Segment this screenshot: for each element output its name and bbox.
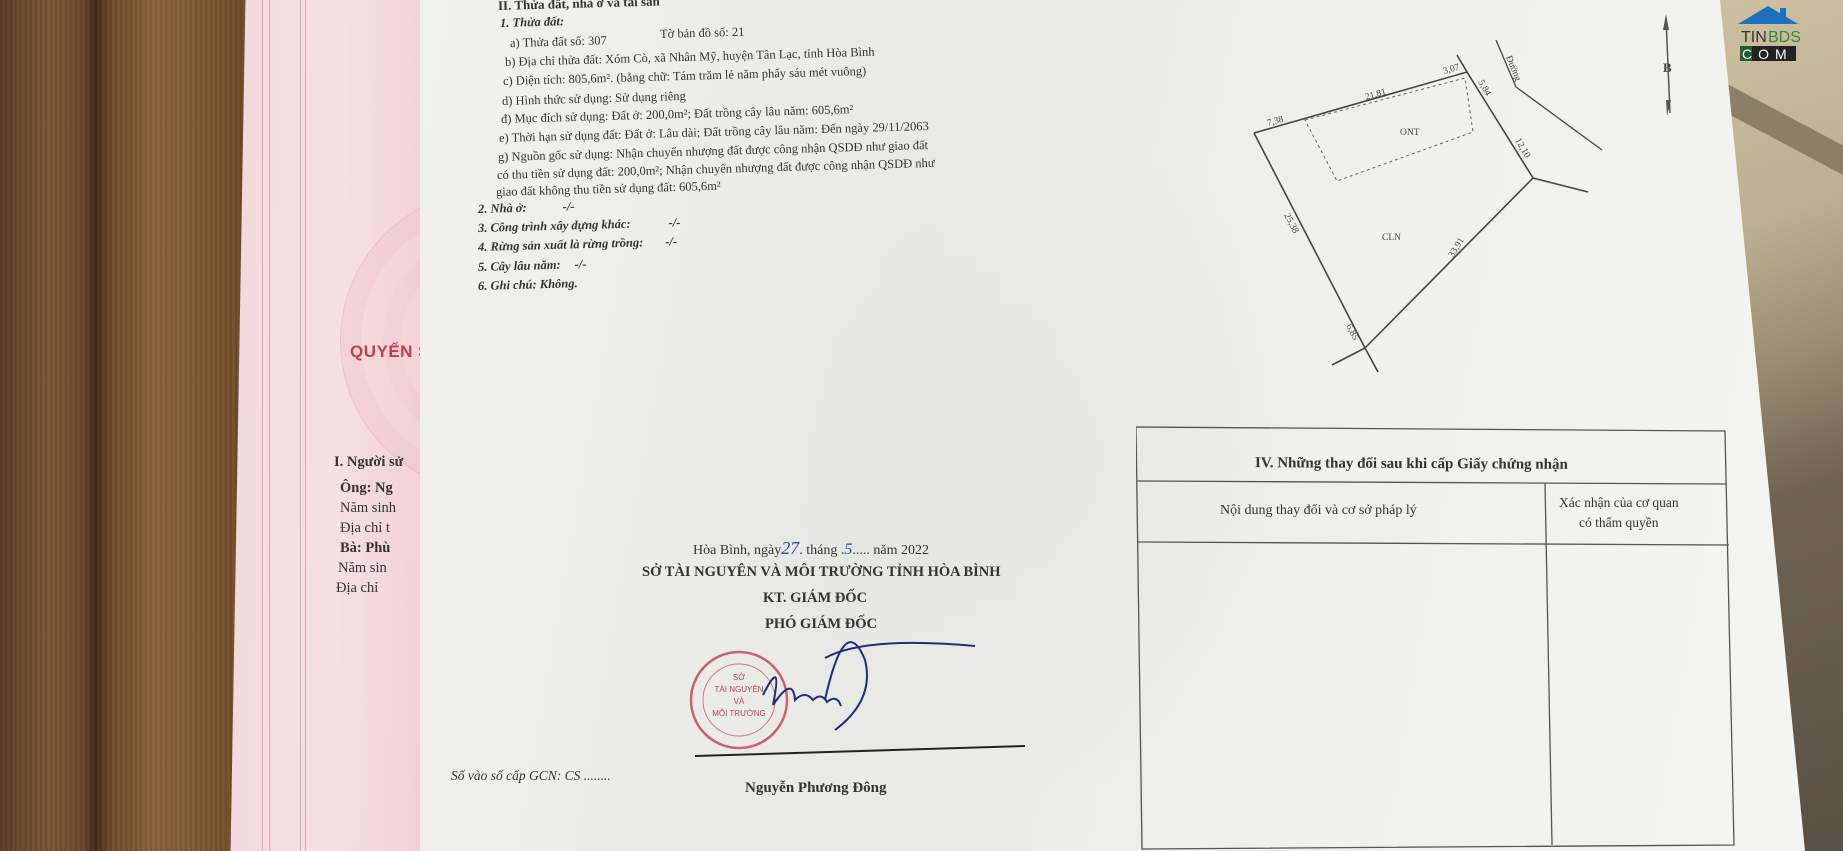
map-sheet-number: Tờ bản đồ số: 21 <box>660 25 745 42</box>
handwritten-day: 27 <box>781 538 799 558</box>
svg-text:SỞ: SỞ <box>733 673 745 682</box>
svg-text:BDS: BDS <box>1768 29 1800 46</box>
section-iv-title: IV. Những thay đổi sau khi cấp Giấy chứn… <box>1255 455 1568 474</box>
changes-table-frame <box>1136 425 1736 851</box>
svg-text:TIN: TIN <box>1741 29 1767 46</box>
svg-text:B: B <box>1663 60 1672 75</box>
subsection-parcel: 1. Thửa đất: <box>500 14 564 31</box>
north-arrow-icon: B <box>1652 8 1682 118</box>
zone-label-ont: ONT <box>1400 128 1420 138</box>
svg-text:TÀI NGUYÊN: TÀI NGUYÊN <box>715 685 764 694</box>
item-perennial-trees: 5. Cây lâu năm:-/- <box>478 257 587 275</box>
svg-text:6,85: 6,85 <box>1343 323 1360 343</box>
parcel-number: a) Thửa đất số: 307 <box>510 33 607 51</box>
issue-date: Hòa Bình, ngày27. tháng .5..... năm 2022 <box>693 538 929 559</box>
signer-role-2: PHÓ GIÁM ĐỐC <box>765 616 877 633</box>
item-note: 6. Ghi chú: Không. <box>478 276 578 294</box>
issuing-organization: SỞ TÀI NGUYÊN VÀ MÔI TRƯỜNG TỈNH HÒA BÌN… <box>642 564 1001 581</box>
certificate-registry-number: Số vào số cấp GCN: CS ........ <box>451 768 611 784</box>
left-page-title: QUYỂN S <box>350 342 430 362</box>
owner-section-heading: I. Người sử <box>334 452 403 472</box>
signer-name: Nguyễn Phương Đông <box>745 780 887 797</box>
tinbds-watermark-logo: TIN BDS COM <box>1736 4 1800 62</box>
authority-column-header: Xác nhận của cơ quan có thẩm quyền <box>1559 493 1679 533</box>
signer-role-1: KT. GIÁM ĐỐC <box>763 590 867 607</box>
owner-section: I. Người sử Ông: Ng Năm sinh Địa chỉ t B… <box>340 452 403 598</box>
item-house: 2. Nhà ở:-/- <box>478 199 575 217</box>
svg-text:7,38: 7,38 <box>1266 115 1285 129</box>
official-stamp-and-signature: SỞ TÀI NGUYÊN VÀ MÔI TRƯỜNG <box>675 640 1035 765</box>
svg-text:21,81: 21,81 <box>1364 87 1388 103</box>
road-label: Đường <box>1503 54 1522 83</box>
svg-text:MÔI TRƯỜNG: MÔI TRƯỜNG <box>712 709 766 718</box>
svg-text:COM: COM <box>1742 46 1793 62</box>
zone-label-cln: CLN <box>1382 233 1401 243</box>
parcel-map-diagram: ONT CLN Đường 7,38 21,81 3,07 5,84 12,10… <box>1240 40 1700 400</box>
changes-column-header: Nội dung thay đổi và cơ sở pháp lý <box>1220 503 1417 519</box>
svg-text:VÀ: VÀ <box>734 697 745 706</box>
svg-text:25,38: 25,38 <box>1281 212 1300 236</box>
